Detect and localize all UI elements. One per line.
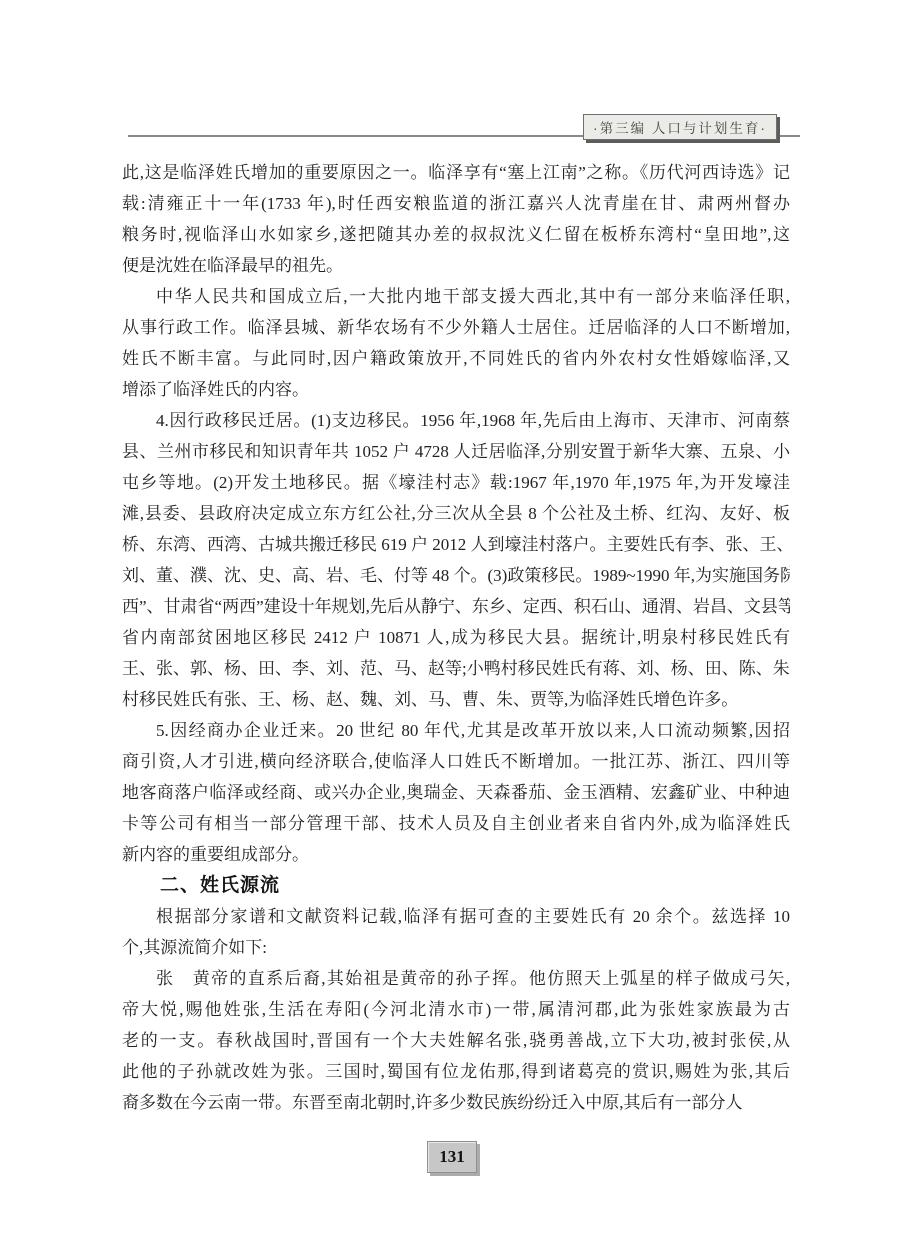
text-line: 个,其源流简介如下: <box>122 932 790 963</box>
text-line: 姓氏不断丰富。与此同时,因户籍政策放开,不同姓氏的省内外农村女性婚嫁临泽,又 <box>122 343 790 374</box>
text-line: 5.因经商办企业迁来。20 世纪 80 年代,尤其是改革开放以来,人口流动频繁,… <box>122 715 790 746</box>
paragraph: 此,这是临泽姓氏增加的重要原因之一。临泽享有“塞上江南”之称。《历代河西诗选》记… <box>122 157 790 281</box>
text-line: 屯乡等地。(2)开发土地移民。据《壕洼村志》载:1967 年,1970 年,19… <box>122 467 790 498</box>
text-line: 桥、东湾、西湾、古城共搬迁移民 619 户 2012 人到壕洼村落户。主要姓氏有… <box>122 529 790 560</box>
text-line: 裔多数在今云南一带。东晋至南北朝时,许多少数民族纷纷迁入中原,其后有一部分人 <box>122 1087 790 1118</box>
text-line: 商引资,人才引进,横向经济联合,使临泽人口姓氏不断增加。一批江苏、浙江、四川等 <box>122 746 790 777</box>
text-line: 此,这是临泽姓氏增加的重要原因之一。临泽享有“塞上江南”之称。《历代河西诗选》记 <box>122 157 790 188</box>
section-header-badge: ·第三编 人口与计划生育· <box>583 114 777 140</box>
text-line: 张 黄帝的直系后裔,其始祖是黄帝的孙子挥。他仿照天上弧星的样子做成弓矢, <box>122 963 790 994</box>
text-line: 帝大悦,赐他姓张,生活在寿阳(今河北清水市)一带,属清河郡,此为张姓家族最为古 <box>122 994 790 1025</box>
section-heading: 二、姓氏源流 <box>122 870 790 901</box>
text-line: 滩,县委、县政府决定成立东方红公社,分三次从全县 8 个公社及土桥、红沟、友好、… <box>122 498 790 529</box>
paragraph: 4.因行政移民迁居。(1)支边移民。1956 年,1968 年,先后由上海市、天… <box>122 405 790 715</box>
text-line: 卡等公司有相当一部分管理干部、技术人员及自主创业者来自省内外,成为临泽姓氏 <box>122 808 790 839</box>
book-page: { "header": { "section_label": "·第三编 人口与… <box>0 0 902 1256</box>
text-line: 粮务时,视临泽山水如家乡,遂把随其办差的叔叔沈义仁留在板桥东湾村“皇田地”,这 <box>122 219 790 250</box>
text-line: 村移民姓氏有张、王、杨、赵、魏、刘、马、曹、朱、贾等,为临泽姓氏增色许多。 <box>122 684 790 715</box>
text-line: 4.因行政移民迁居。(1)支边移民。1956 年,1968 年,先后由上海市、天… <box>122 405 790 436</box>
text-line: 根据部分家谱和文献资料记载,临泽有据可查的主要姓氏有 20 余个。兹选择 10 <box>122 901 790 932</box>
text-line: 从事行政工作。临泽县城、新华农场有不少外籍人士居住。迁居临泽的人口不断增加, <box>122 312 790 343</box>
text-line: 刘、董、濮、沈、史、高、岩、毛、付等 48 个。(3)政策移民。1989~199… <box>122 560 790 591</box>
paragraph: 5.因经商办企业迁来。20 世纪 80 年代,尤其是改革开放以来,人口流动频繁,… <box>122 715 790 870</box>
paragraph: 张 黄帝的直系后裔,其始祖是黄帝的孙子挥。他仿照天上弧星的样子做成弓矢,帝大悦,… <box>122 963 790 1118</box>
text-line: 县、兰州市移民和知识青年共 1052 户 4728 人迁居临泽,分别安置于新华大… <box>122 436 790 467</box>
text-line: 西”、甘肃省“两西”建设十年规划,先后从静宁、东乡、定西、积石山、通渭、岩昌、文… <box>122 591 790 622</box>
paragraph: 中华人民共和国成立后,一大批内地干部支援大西北,其中有一部分来临泽任职,从事行政… <box>122 281 790 405</box>
text-line: 中华人民共和国成立后,一大批内地干部支援大西北,其中有一部分来临泽任职, <box>122 281 790 312</box>
text-line: 此他的子孙就改姓为张。三国时,蜀国有位龙佑那,得到诸葛亮的赏识,赐姓为张,其后 <box>122 1056 790 1087</box>
paragraph: 根据部分家谱和文献资料记载,临泽有据可查的主要姓氏有 20 余个。兹选择 10个… <box>122 901 790 963</box>
text-line: 王、张、郭、杨、田、李、刘、范、马、赵等;小鸭村移民姓氏有蒋、刘、杨、田、陈、朱… <box>122 653 790 684</box>
text-column: 此,这是临泽姓氏增加的重要原因之一。临泽享有“塞上江南”之称。《历代河西诗选》记… <box>122 157 790 1118</box>
text-line: 载:清雍正十一年(1733 年),时任西安粮监道的浙江嘉兴人沈青崖在甘、肃两州督… <box>122 188 790 219</box>
text-line: 便是沈姓在临泽最早的祖先。 <box>122 250 790 281</box>
text-line: 增添了临泽姓氏的内容。 <box>122 374 790 405</box>
text-line: 新内容的重要组成部分。 <box>122 839 790 870</box>
text-line: 省内南部贫困地区移民 2412 户 10871 人,成为移民大县。据统计,明泉村… <box>122 622 790 653</box>
section-header-label: ·第三编 人口与计划生育· <box>593 117 767 137</box>
text-line: 地客商落户临泽或经商、或兴办企业,奥瑞金、天森番茄、金玉酒精、宏鑫矿业、中种迪 <box>122 777 790 808</box>
text-line: 老的一支。春秋战国时,晋国有一个大夫姓解名张,骁勇善战,立下大功,被封张侯,从 <box>122 1025 790 1056</box>
page-number-badge: 131 <box>427 1141 477 1173</box>
page-number: 131 <box>439 1147 465 1167</box>
